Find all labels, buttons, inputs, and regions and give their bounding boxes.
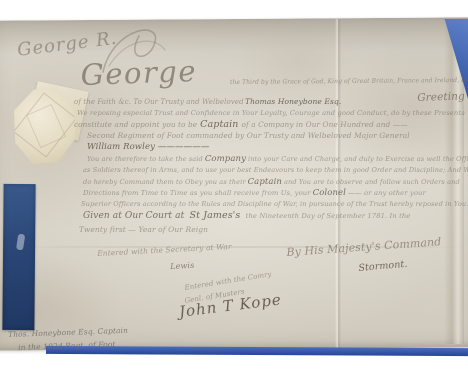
body-line-4-end: of a Company in Our One Hundred and —— xyxy=(242,120,408,129)
document-photo: George R. George the Third by the Grace … xyxy=(0,0,468,382)
st-james-place: St James's xyxy=(190,210,241,221)
blue-ribbon xyxy=(2,184,35,330)
body-line-3: We reposing especial Trust and Confidenc… xyxy=(77,109,465,117)
opening-word-george: George xyxy=(80,54,198,92)
ribbon-marking xyxy=(16,234,25,251)
grantee-name: Thomas Honeybone Esq. xyxy=(245,97,341,106)
body-line-9-end: and You are to observe and follow such O… xyxy=(284,178,460,186)
body-line-8: as Soldiers thereof in Arms, and to use … xyxy=(83,166,468,174)
body-line-10-start: Directions from Time to Time as you shal… xyxy=(83,189,311,197)
body-line-11: Superior Officers according to the Rules… xyxy=(81,200,468,208)
body-line-9: do hereby Command them to Obey you as th… xyxy=(83,177,460,187)
body-line-7-end: into your Care and Charge, and duly to E… xyxy=(248,155,468,163)
company-word: Company xyxy=(205,154,246,164)
given-at-court: Given at Our Court at xyxy=(83,211,184,221)
body-line-2: of the Faith &c. To Our Trusty and Welbe… xyxy=(74,98,244,106)
body-line-4-start: constitute and appoint you to be xyxy=(74,120,197,129)
body-line-10-end: —— or any other your xyxy=(348,189,426,197)
body-line-9-start: do hereby Command them to Obey you as th… xyxy=(83,178,246,186)
colonel-name: William Rowley —————— xyxy=(87,142,209,152)
body-line-10: Directions from Time to Time as you shal… xyxy=(83,188,426,198)
rank-word-captain: Captain xyxy=(200,119,238,130)
date-text: the Nineteenth Day of September 1781. In… xyxy=(246,212,411,220)
war-office-signature: Lewis xyxy=(170,261,195,271)
body-line-7-start: You are therefore to take the said xyxy=(87,155,203,163)
body-line-5: Second Regiment of Foot commanded by Our… xyxy=(87,131,410,140)
body-line-4: constitute and appoint you to beCaptaino… xyxy=(74,119,408,130)
body-line-7: You are therefore to take the saidCompan… xyxy=(87,154,468,164)
regnal-year-line: Twenty first — Year of Our Reign xyxy=(79,225,208,234)
greeting-word: Greeting xyxy=(417,90,465,104)
colonel-word: Colonel xyxy=(313,188,346,198)
dateline: Given at Our Court at St James's the Nin… xyxy=(83,210,411,221)
captain-word: Captain xyxy=(248,177,282,187)
